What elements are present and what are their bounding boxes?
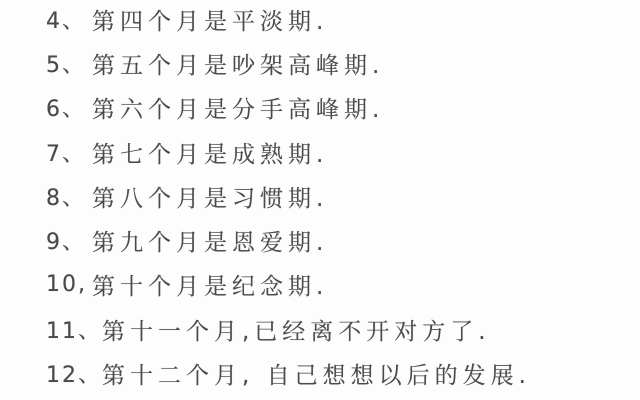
item-text: 第七个月是成熟期. [92,136,328,169]
list-item: 8、 第八个月是习惯期. [0,174,640,218]
item-text: 第九个月是恩爱期. [92,224,328,257]
list-item: 9、 第九个月是恩爱期. [0,218,640,262]
handwritten-note-page: 4、 第四个月是平淡期. 5、 第五个月是吵架高峰期. 6、 第六个月是分手高峰… [0,0,640,400]
list-item: 12、 第十二个月, 自己想想以后的发展. [0,351,640,395]
item-text: 第十一个月,已经离不开对方了. [102,313,491,346]
item-number: 9、 [46,225,92,256]
item-number: 7、 [46,137,92,168]
item-text: 第八个月是习惯期. [92,180,328,213]
month-stage-list: 4、 第四个月是平淡期. 5、 第五个月是吵架高峰期. 6、 第六个月是分手高峰… [0,0,640,396]
item-text: 第六个月是分手高峰期. [92,91,384,124]
item-number: 5、 [46,48,92,79]
item-text: 第四个月是平淡期. [92,3,328,36]
list-item: 6、 第六个月是分手高峰期. [0,86,640,130]
list-item: 10, 第十个月是纪念期. [0,263,640,307]
item-number: 10, [46,272,92,297]
item-text: 第十个月是纪念期. [92,268,328,301]
item-number: 11、 [46,314,102,345]
item-number: 6、 [46,92,92,123]
item-number: 12、 [46,358,102,389]
list-item: 4、 第四个月是平淡期. [0,0,640,41]
list-item: 7、 第七个月是成熟期. [0,130,640,174]
list-item: 11、 第十一个月,已经离不开对方了. [0,307,640,351]
item-text: 第十二个月, 自己想想以后的发展. [102,357,531,390]
list-item: 5、 第五个月是吵架高峰期. [0,41,640,85]
item-number: 4、 [46,4,92,35]
item-text: 第五个月是吵架高峰期. [92,47,384,80]
item-number: 8、 [46,181,92,212]
